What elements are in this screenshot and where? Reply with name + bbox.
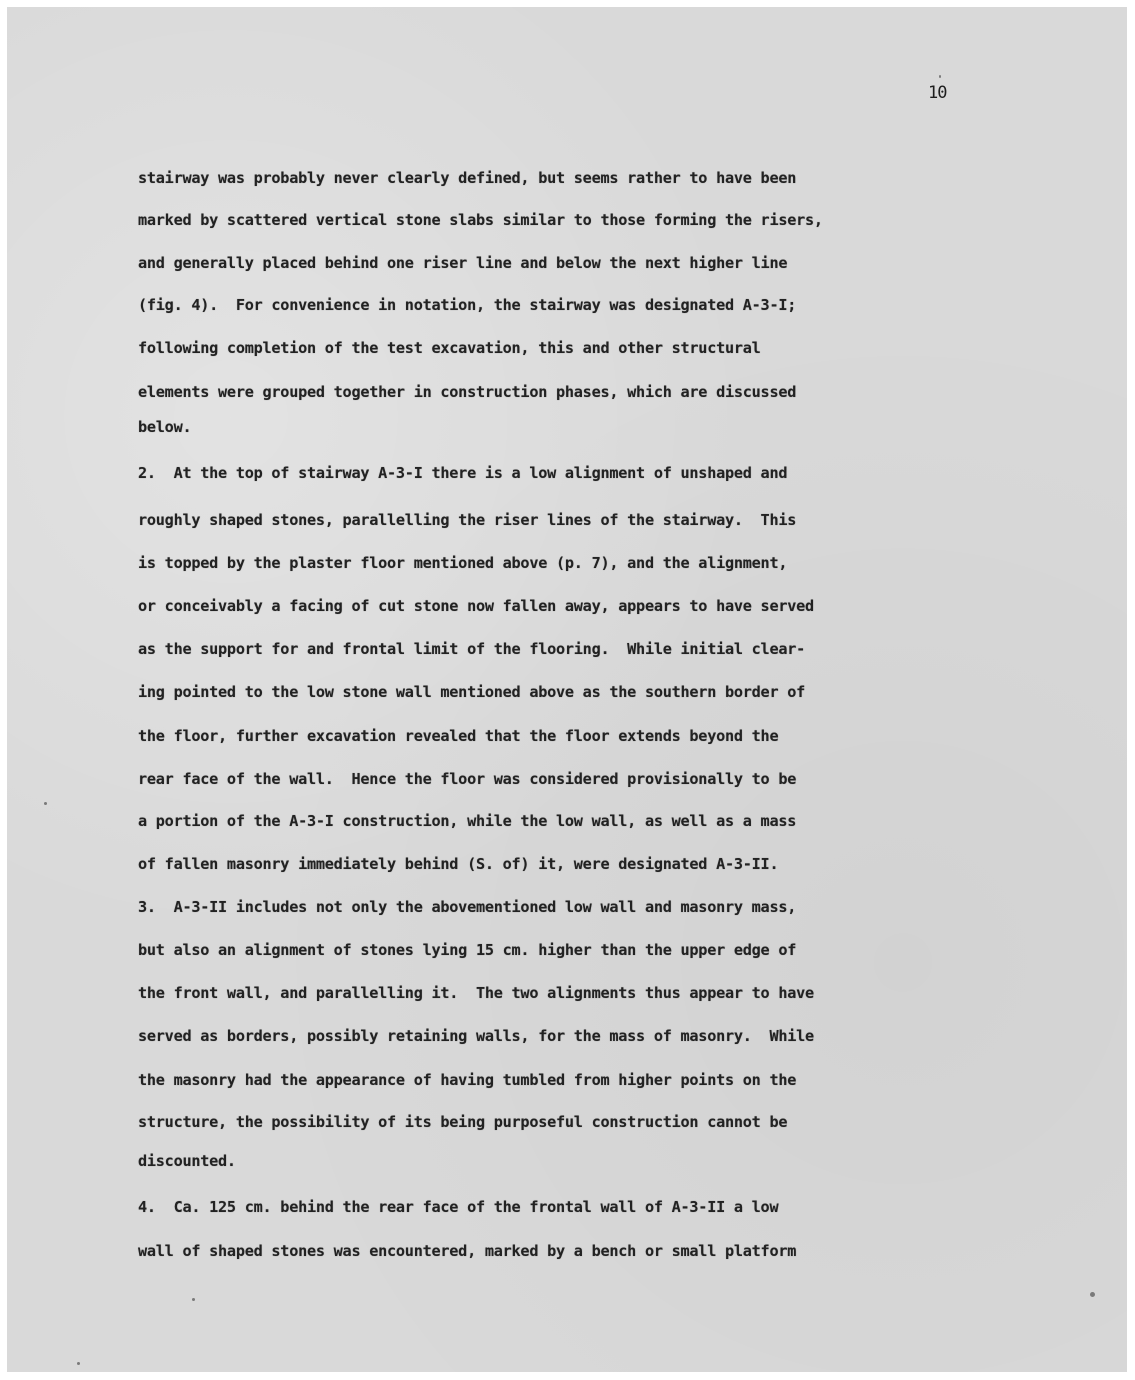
text-line: of fallen masonry immediately behind (S.… <box>138 855 778 873</box>
text-line: stairway was probably never clearly defi… <box>138 169 796 187</box>
text-line: below. <box>138 418 191 436</box>
text-line: a portion of the A-3-I construction, whi… <box>138 812 796 830</box>
text-line: roughly shaped stones, parallelling the … <box>138 511 796 529</box>
text-line: the floor, further excavation revealed t… <box>138 727 778 745</box>
text-line: or conceivably a facing of cut stone now… <box>138 597 814 615</box>
text-line: structure, the possibility of its being … <box>138 1113 787 1131</box>
text-line: and generally placed behind one riser li… <box>138 254 787 272</box>
text-line: the masonry had the appearance of having… <box>138 1071 796 1089</box>
page-number: 10 <box>928 83 946 103</box>
paragraph-4-start: 4. Ca. 125 cm. behind the rear face of t… <box>138 1198 778 1216</box>
text-line: as the support for and frontal limit of … <box>138 640 805 658</box>
text-line: wall of shaped stones was encountered, m… <box>138 1242 796 1260</box>
text-line: is topped by the plaster floor mentioned… <box>138 554 787 572</box>
scan-speck <box>44 802 47 805</box>
text-line: ing pointed to the low stone wall mentio… <box>138 683 805 701</box>
text-line: served as borders, possibly retaining wa… <box>138 1027 814 1045</box>
text-line: marked by scattered vertical stone slabs… <box>138 211 823 229</box>
text-line: discounted. <box>138 1152 236 1170</box>
text-line: elements were grouped together in constr… <box>138 383 796 401</box>
scan-speck <box>77 1362 80 1365</box>
text-line: the front wall, and parallelling it. The… <box>138 984 814 1002</box>
text-line: following completion of the test excavat… <box>138 339 761 357</box>
scanned-page: 10 stairway was probably never clearly d… <box>7 7 1127 1372</box>
text-line: rear face of the wall. Hence the floor w… <box>138 770 796 788</box>
scan-speck <box>1090 1292 1095 1297</box>
text-line: (fig. 4). For convenience in notation, t… <box>138 296 796 314</box>
paragraph-3-start: 3. A-3-II includes not only the abovemen… <box>138 898 796 916</box>
paragraph-2-start: 2. At the top of stairway A-3-I there is… <box>138 464 787 482</box>
scan-speck <box>192 1298 195 1301</box>
scan-speck <box>939 75 941 78</box>
text-line: but also an alignment of stones lying 15… <box>138 941 796 959</box>
